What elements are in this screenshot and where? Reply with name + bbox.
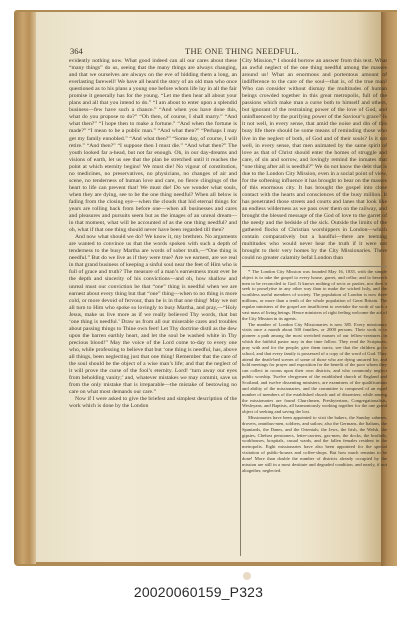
paragraph: evidently nothing now. What good indeed … (69, 58, 237, 234)
paragraph: Now if I were asked to give the briefest… (69, 396, 237, 410)
running-title: THE ONE THING NEEDFUL. (185, 46, 299, 56)
footnote: Missionaries have been appointed to visi… (242, 415, 387, 473)
footnote: * The London City Mission was founded Ma… (242, 269, 387, 322)
paper-stain (243, 572, 251, 580)
footnotes: * The London City Mission was founded Ma… (242, 269, 387, 474)
paragraph: And now what should we do? We know it, m… (69, 234, 237, 396)
right-column: City Mission,* I should borrow an answer… (242, 58, 387, 558)
paragraph: City Mission,* I should borrow an answer… (242, 58, 387, 262)
column-divider (240, 58, 241, 556)
left-column: evidently nothing now. What good indeed … (69, 58, 237, 558)
footnote-rule (242, 266, 387, 267)
page-header: 364 THE ONE THING NEEDFUL. (70, 46, 390, 56)
page-number: 364 (70, 46, 83, 56)
footnote: The number of London City Missionaries i… (242, 322, 387, 416)
page-edge-left (14, 12, 36, 564)
image-caption: 20020060159_P323 (0, 584, 397, 600)
